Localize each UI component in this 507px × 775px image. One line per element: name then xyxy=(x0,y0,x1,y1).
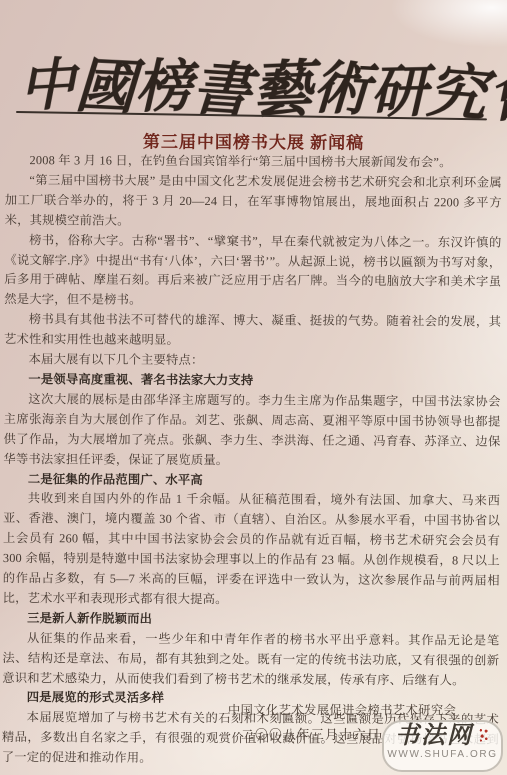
masthead-char: 研 xyxy=(370,64,428,122)
red-seal-icon xyxy=(477,726,490,743)
masthead-char: 中 xyxy=(18,57,77,116)
paragraph: 共收到来自国内外的作品 1 千余幅。从征稿范围看，境外有法国、加拿大、马来西亚、… xyxy=(3,489,501,611)
paragraph: 2008 年 3 月 16 日，在钓鱼台国宾馆举行“第三届中国榜书大展新闻发布会… xyxy=(5,151,502,174)
watermark-url: WWW.SHUFA.ORG xyxy=(384,749,501,760)
masthead-char: 藝 xyxy=(250,60,313,123)
document-body: 2008 年 3 月 16 日，在钓鱼台国宾馆举行“第三届中国榜书大展新闻发布会… xyxy=(2,151,502,771)
masthead-char: 榜 xyxy=(135,58,193,116)
paragraph: 本届大展有以下几个主要特点： xyxy=(4,350,501,373)
paragraph: 从征集的作品来看，一些少年和中青年作者的榜书水平出乎意料。其作品无论是笔法、结构… xyxy=(2,629,499,691)
signature-line: 中国文化艺术发展促进会榜书艺术研究会 xyxy=(228,701,456,718)
masthead-char: 會 xyxy=(486,66,507,126)
masthead-calligraphy: 中 國 榜 書 藝 術 研 究 會 xyxy=(19,26,489,121)
paragraph: 这次大展的展标是由邵华泽主席题写的。李力生主席为作品集题字，中国书法家协会主席张… xyxy=(3,390,500,472)
masthead-char: 術 xyxy=(311,59,372,120)
masthead-char: 國 xyxy=(74,56,137,119)
paragraph: 榜书，俗称大字。古称“署书”、“擘窠书”，早在秦代就被定为八体之一。东汉许慎的《… xyxy=(4,231,501,313)
document-photo: 中 國 榜 書 藝 術 研 究 會 第三届中国榜书大展 新闻稿 2008 年 3… xyxy=(0,0,507,775)
paragraph: “第三届中国榜书大展” 是由中国文化艺术发展促进会榜书艺术研究会和北京利环金属加… xyxy=(5,171,502,233)
masthead-char: 書 xyxy=(190,59,253,122)
masthead-char: 究 xyxy=(425,61,490,126)
watermark-site-name: 书法网 xyxy=(395,723,473,749)
page-title: 第三届中国榜书大展 新闻稿 xyxy=(0,127,507,155)
date-line: 二〇〇八年三月十六日 xyxy=(241,724,381,743)
section-heading: 一是领导高度重视、著名书法家大力支持 xyxy=(4,370,501,393)
section-heading: 二是征集的作品范围广、水平高 xyxy=(3,469,500,492)
paragraph: 榜书具有其他书法不可替代的雄浑、博大、凝重、挺拔的气势。随着社会的发展，其艺术性… xyxy=(4,310,501,352)
section-heading: 三是新人新作脱颖而出 xyxy=(2,609,499,632)
watermark-badge: 书法网 WWW.SHUFA.ORG xyxy=(382,720,503,772)
